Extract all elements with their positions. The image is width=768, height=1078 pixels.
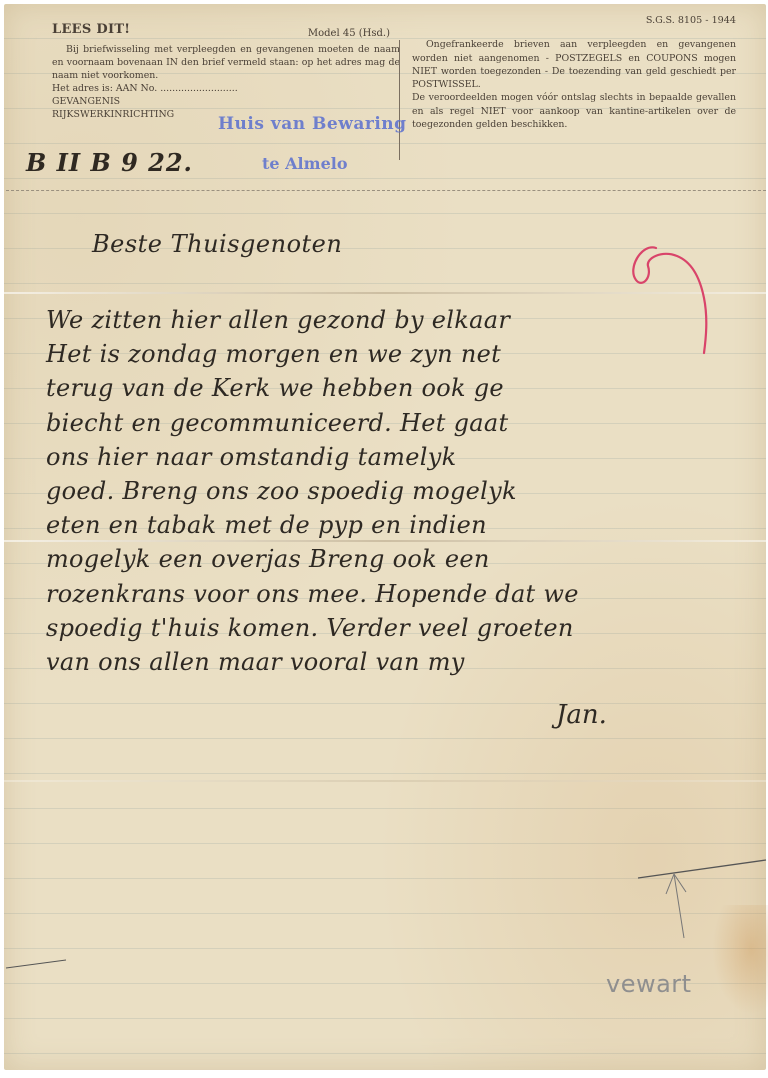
institution-stamp-line-1: Huis van Bewaring (218, 114, 407, 134)
fold-line (4, 780, 766, 782)
letter-line: terug van de Kerk we hebben ook ge (46, 374, 579, 408)
letter-signature: Jan. (556, 700, 607, 730)
form-postage-rules: Ongefrankeerde brieven aan verpleegden e… (412, 38, 736, 91)
letter-salutation: Beste Thuisgenoten (92, 230, 342, 258)
form-canteen-rules: De veroordeelden mogen vóór ontslag slec… (412, 91, 736, 131)
form-header-left: LEES DIT! Model 45 (Hsd.) Bij briefwisse… (52, 22, 400, 121)
form-header-right: S.G.S. 8105 - 1944 Ongefrankeerde brieve… (412, 14, 736, 131)
letter-line: biecht en gecommuniceerd. Het gaat (46, 409, 579, 443)
letter-line: rozenkrans voor ons mee. Hopende dat we (46, 580, 579, 614)
letter-line: Het is zondag morgen en we zyn net (46, 340, 579, 374)
form-model-number: Model 45 (Hsd.) (308, 28, 390, 39)
red-pencil-mark-icon (622, 228, 722, 358)
letter-line: spoedig t'huis komen. Verder veel groete… (46, 614, 579, 648)
paper-stain (712, 905, 768, 1015)
form-gevangenis: GEVANGENIS (52, 95, 400, 108)
institution-stamp-line-2: te Almelo (262, 154, 348, 173)
pencil-tick-icon (4, 958, 74, 972)
letter-line: ons hier naar omstandig tamelyk (46, 443, 579, 477)
form-instruction: Bij briefwisseling met verpleegden en ge… (52, 43, 400, 82)
letter-line: goed. Breng ons zoo spoedig mogelyk (46, 477, 579, 511)
letter-line: eten en tabak met de pyp en indien (46, 511, 579, 545)
letter-line: mogelyk een overjas Breng ook een (46, 545, 579, 579)
form-address-line: Het adres is: AAN No. ..................… (52, 82, 400, 95)
letter-line: van ons allen maar vooral van my (46, 648, 579, 682)
header-divider (399, 40, 400, 160)
perforation-line (6, 190, 766, 191)
letter-body: We zitten hier allen gezond by elkaar He… (46, 306, 579, 682)
letter-line: We zitten hier allen gezond by elkaar (46, 306, 579, 340)
pencil-note: vewart (606, 970, 692, 998)
handwritten-reference: B II B 9 22. (26, 148, 193, 177)
form-code: S.G.S. 8105 - 1944 (412, 14, 736, 27)
